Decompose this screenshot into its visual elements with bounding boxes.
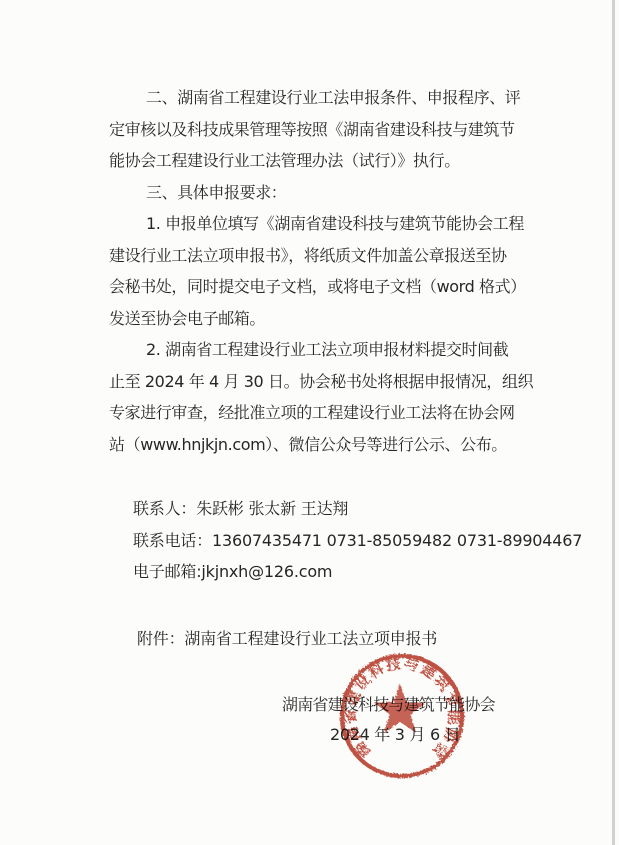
- document-line: 建设行业工法立项申报书》，将纸质文件加盖公章报送至协: [109, 240, 517, 272]
- document-line: 会秘书处，同时提交电子文档，或将电子文档（word 格式）: [109, 271, 517, 303]
- document-line: 发送至协会电子邮箱。: [109, 303, 517, 335]
- document-line: 专家进行审查，经批准立项的工程建设行业工法将在协会网: [109, 397, 517, 429]
- document-line: 1. 申报单位填写《湖南省建设科技与建筑节能协会工程: [109, 208, 517, 240]
- document-line: 三、具体申报要求：: [109, 177, 517, 209]
- document-line: 定审核以及科技成果管理等按照《湖南省建设科技与建筑节: [109, 114, 517, 146]
- signature-date: 2024 年 3 月 6 日: [330, 722, 460, 745]
- scan-edge-artifact: [612, 0, 615, 845]
- signature-org-name: 湖南省建设科技与建筑节能协会: [282, 692, 495, 715]
- official-seal: 湖南省建设科技与建筑节能协会: [337, 651, 467, 781]
- seal-ring: [342, 656, 462, 776]
- contact-line: 联系人：朱跃彬 张太新 王达翔: [133, 493, 582, 525]
- scanned-document-page: 二、湖南省工程建设行业工法申报条件、申报程序、评定审核以及科技成果管理等按照《湖…: [0, 0, 619, 845]
- document-line: 2. 湖南省工程建设行业工法立项申报材料提交时间截: [109, 334, 517, 366]
- document-line: 能协会工程建设行业工法管理办法（试行）》执行。: [109, 145, 517, 177]
- document-body: 二、湖南省工程建设行业工法申报条件、申报程序、评定审核以及科技成果管理等按照《湖…: [109, 82, 517, 460]
- contact-line: 电子邮箱:jkjnxh@126.com: [133, 556, 582, 588]
- attachment-line: 附件：湖南省工程建设行业工法立项申报书: [137, 626, 437, 649]
- document-line: 二、湖南省工程建设行业工法申报条件、申报程序、评: [109, 82, 517, 114]
- contact-line: 联系电话：13607435471 0731-85059482 0731-8990…: [133, 525, 582, 557]
- contact-block: 联系人：朱跃彬 张太新 王达翔联系电话：13607435471 0731-850…: [133, 493, 582, 588]
- document-line: 站（www.hnjkjn.com）、微信公众号等进行公示、公布。: [109, 429, 517, 461]
- document-line: 止至 2024 年 4 月 30 日。协会秘书处将根据申报情况，组织: [109, 366, 517, 398]
